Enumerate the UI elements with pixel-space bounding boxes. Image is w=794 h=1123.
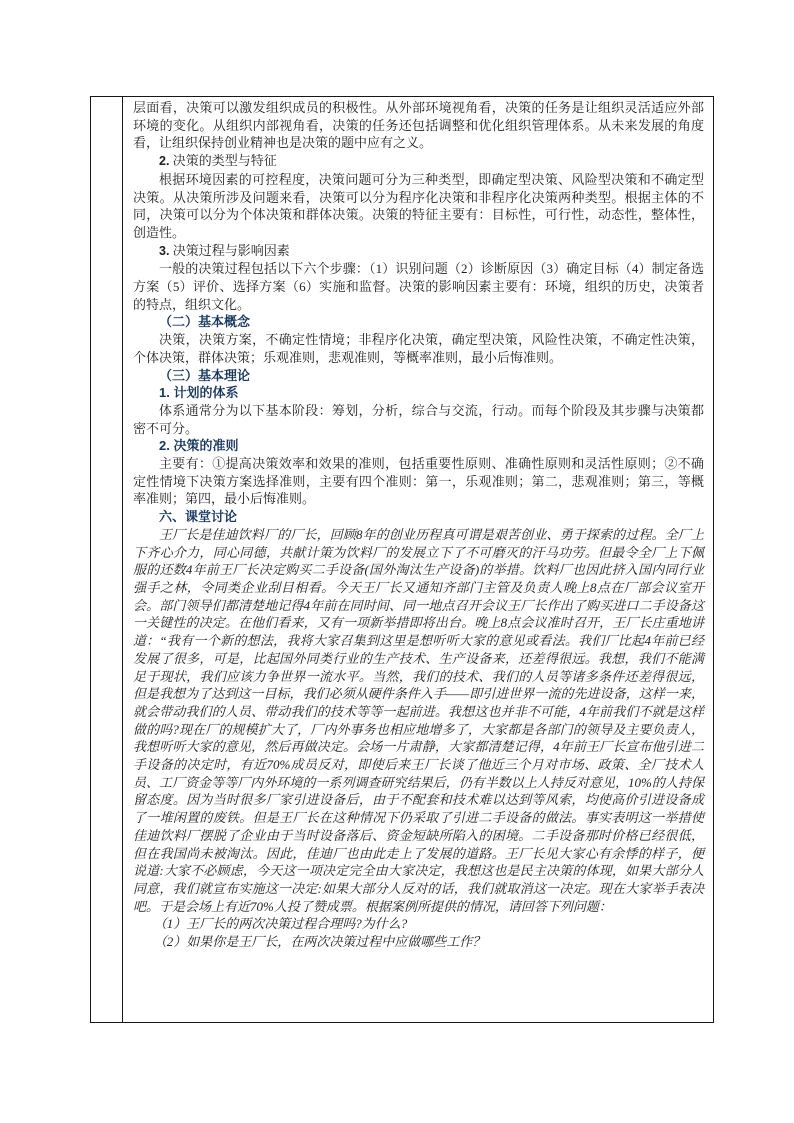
heading-decision-process-number: 3. — [159, 244, 169, 258]
paragraph-decision-process: 一般的决策过程包括以下六个步骤：（1）识别问题（2）诊断原因（3）确定目标（4）… — [133, 260, 704, 313]
heading-decision-process: 3. 决策过程与影响因素 — [133, 242, 704, 261]
paragraph-plan-system: 体系通常分为以下基本阶段：筹划，分析，综合与交流，行动。而每个阶段及其步骤与决策… — [133, 402, 704, 437]
table-left-empty-column — [91, 97, 123, 1022]
heading-plan-system: 1. 计划的体系 — [133, 384, 704, 402]
heading-decision-process-label: 决策过程与影响因素 — [169, 243, 289, 258]
paragraph-decision-criteria: 主要有：①提高决策效率和效果的准则，包括重要性原则、准确性原则和灵活性原则；②不… — [133, 455, 704, 508]
case-study-text: 王厂长是佳迪饮料厂的厂长，回顾8年的创业历程真可谓是艰苦创业、勇于探索的过程。全… — [133, 526, 704, 915]
heading-decision-types-label: 决策的类型与特征 — [169, 153, 276, 168]
question-1: （1）王厂长的两次决策过程合理吗?为什么? — [133, 915, 704, 933]
paragraph-basic-concepts: 决策，决策方案，不确定性情境；非程序化决策，确定型决策，风险性决策，不确定性决策… — [133, 331, 704, 366]
heading-decision-criteria: 2. 决策的准则 — [133, 437, 704, 455]
heading-decision-types: 2. 决策的类型与特征 — [133, 152, 704, 171]
heading-basic-theory: （三）基本理论 — [133, 367, 704, 385]
heading-decision-types-number: 2. — [159, 154, 169, 168]
document-page: 层面看，决策可以激发组织成员的积极性。从外部环境视角看，决策的任务是让组织灵活适… — [0, 0, 794, 1123]
heading-class-discussion: 六、课堂讨论 — [133, 508, 704, 526]
paragraph-decision-significance: 层面看，决策可以激发组织成员的积极性。从外部环境视角看，决策的任务是让组织灵活适… — [133, 99, 704, 152]
paragraph-decision-types: 根据环境因素的可控程度，决策问题可分为三种类型，即确定型决策、风险型决策和不确定… — [133, 171, 704, 242]
heading-basic-concepts: （二）基本概念 — [133, 313, 704, 331]
content-table: 层面看，决策可以激发组织成员的积极性。从外部环境视角看，决策的任务是让组织灵活适… — [90, 96, 714, 1023]
question-2: （2）如果你是王厂长，在两次决策过程中应做哪些工作？ — [133, 933, 704, 951]
table-main-cell: 层面看，决策可以激发组织成员的积极性。从外部环境视角看，决策的任务是让组织灵活适… — [123, 97, 713, 1022]
